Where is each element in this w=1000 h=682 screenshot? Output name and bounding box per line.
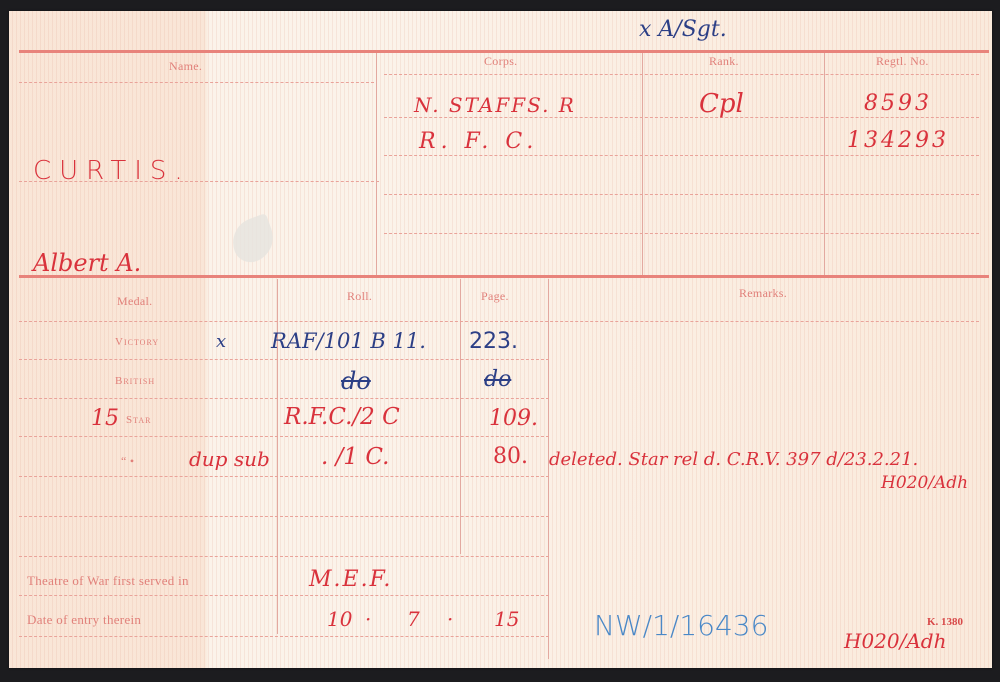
mid-rule: [19, 275, 989, 278]
regtl-no-label: Regtl. No.: [876, 54, 929, 69]
dup-sub-note: dup sub: [189, 447, 270, 471]
row-rule: [19, 516, 549, 517]
forenames: Albert A.: [33, 249, 141, 277]
dup-sub-page: 80.: [493, 444, 528, 469]
british-page: do: [484, 367, 511, 392]
corps-1: N. STAFFS. R: [414, 93, 576, 117]
medal-british: British: [115, 375, 155, 387]
rank-value: Cpl: [699, 89, 744, 119]
victory-roll: RAF/101 B 11.: [271, 329, 426, 353]
top-rule: [19, 50, 989, 53]
rank-label: Rank.: [709, 54, 739, 69]
regtl-no-1: 8593: [864, 91, 932, 116]
rank-annotation: x A/Sgt.: [639, 17, 727, 42]
medal-header: Medal.: [117, 294, 152, 309]
remarks-line-1: deleted. Star rel d. C.R.V. 397 d/23.2.2…: [549, 449, 918, 470]
date-entry-label: Date of entry therein: [27, 612, 141, 628]
corps-2: R. F. C.: [419, 129, 538, 154]
divider: [642, 53, 643, 275]
regtl-no-2: 134293: [847, 128, 949, 153]
star-page: 109.: [489, 406, 538, 431]
row-rule: [19, 359, 549, 360]
divider: [824, 53, 825, 275]
reference-number: NW/1/16436: [594, 609, 768, 642]
medal-index-card: Name. Corps. Rank. Regtl. No. x A/Sgt. C…: [9, 11, 992, 668]
dup-sub-roll: . /1 C.: [321, 444, 389, 470]
row-rule: [19, 398, 549, 399]
remarks-line-2: H020/Adh: [881, 473, 968, 493]
surname: CURTIS.: [33, 156, 191, 186]
date-day: 10: [327, 607, 352, 631]
row-rule: [384, 194, 979, 195]
row-rule: [19, 436, 549, 437]
medal-victory: Victory: [115, 336, 159, 348]
page-header: Page.: [481, 289, 509, 304]
roll-header: Roll.: [347, 289, 372, 304]
date-sep: ·: [365, 607, 371, 631]
footer-note: H020/Adh: [844, 629, 946, 653]
corps-header-rule: [384, 74, 979, 75]
row-rule: [384, 233, 979, 234]
theatre-value: M.E.F.: [309, 567, 392, 592]
ditto-marks: “ •: [121, 454, 134, 469]
row-rule: [19, 476, 549, 477]
victory-page: 223.: [469, 329, 518, 354]
medal-star: Star: [126, 414, 151, 426]
row-rule: [384, 155, 979, 156]
row-rule: [384, 117, 979, 118]
star-roll: R.F.C./2 C: [284, 404, 400, 430]
name-label: Name.: [169, 59, 202, 74]
theatre-label: Theatre of War first served in: [27, 573, 189, 589]
leaf-watermark-icon: [226, 213, 280, 267]
date-month: 7: [407, 607, 420, 631]
row-rule: [19, 321, 979, 322]
victory-mark: x: [216, 331, 226, 352]
date-year: 15: [494, 607, 519, 631]
name-header-rule: [19, 82, 374, 83]
row-rule: [19, 595, 549, 596]
form-stamp: K. 1380: [927, 616, 963, 628]
row-rule: [19, 636, 549, 637]
corps-label: Corps.: [484, 54, 517, 69]
remarks-header: Remarks.: [739, 286, 787, 301]
divider: [376, 53, 377, 275]
row-rule: [19, 556, 549, 557]
date-sep: ·: [447, 607, 453, 631]
british-roll: do: [341, 367, 371, 395]
star-prefix: 15: [91, 406, 119, 431]
